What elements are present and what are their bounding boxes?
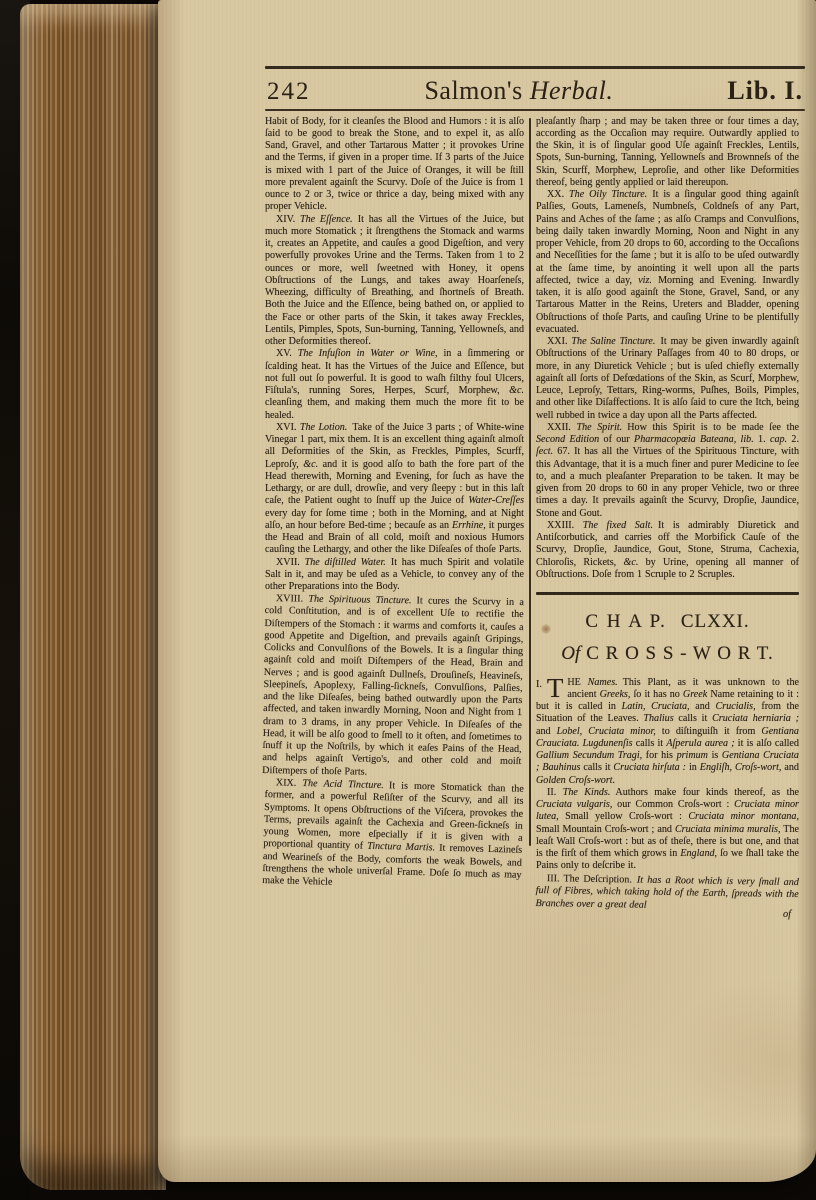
dropcap-box: I.T bbox=[536, 678, 563, 699]
paragraph-ii-kinds: II. The Kinds. Authors make four kinds t… bbox=[536, 787, 799, 873]
chapter-divider-rule bbox=[536, 592, 799, 595]
chapter-subheading: OfC R O S S - W O R T. bbox=[536, 643, 799, 665]
book-scan: 242 Salmon's Herbal. Lib. I. Habit of Bo… bbox=[0, 0, 816, 1200]
paragraph-xix-acid-tincture: XIX. The Acid Tincture. It is more Stoma… bbox=[262, 777, 524, 894]
paragraph-xiv-essence: XIV. The Eſſence. It has all the Virtues… bbox=[265, 214, 524, 349]
paragraph-sharp-continuation: pleaſantly ſharp ; and may be taken thre… bbox=[536, 116, 799, 190]
right-column: pleaſantly ſharp ; and may be taken thre… bbox=[536, 116, 799, 921]
page-number: 242 bbox=[267, 78, 311, 106]
paragraph-xxiii-fixed-salt: XXIII. The fixed Salt. It is admirably D… bbox=[536, 520, 799, 581]
page-content: 242 Salmon's Herbal. Lib. I. Habit of Bo… bbox=[265, 66, 805, 920]
page-fore-edge bbox=[20, 4, 166, 1190]
paragraph-xvii-distilled-water: XVII. The diſtilled Water. It has much S… bbox=[265, 557, 524, 594]
page-header: 242 Salmon's Herbal. Lib. I. bbox=[265, 69, 805, 109]
chapter-of: Of bbox=[561, 643, 580, 664]
paragraph-xvi-lotion: XVI. The Lotion. Take of the Juice 3 par… bbox=[265, 422, 524, 557]
left-column: Habit of Body, for it cleanſes the Blood… bbox=[265, 116, 524, 921]
paragraph-xx-oily-tincture: XX. The Oily Tincture. It is a ſingular … bbox=[536, 189, 799, 336]
chapter-number: CLXXI. bbox=[681, 611, 750, 632]
chapter-label: C H A P. bbox=[585, 611, 666, 632]
header-bottom-rule bbox=[265, 109, 805, 111]
book-page: 242 Salmon's Herbal. Lib. I. Habit of Bo… bbox=[158, 0, 816, 1182]
paragraph-xv-infusion: XV. The Infuſion in Water or Wine, in a … bbox=[265, 348, 524, 422]
running-title: Salmon's Herbal. bbox=[311, 76, 728, 106]
paragraph-xxii-spirit: XXII. The Spirit. How this Spirit is to … bbox=[536, 422, 799, 520]
chapter-heading: C H A P.CLXXI. bbox=[536, 611, 799, 633]
paragraph-juice-continuation: Habit of Body, for it cleanſes the Blood… bbox=[265, 116, 524, 214]
two-column-text: Habit of Body, for it cleanſes the Blood… bbox=[265, 116, 805, 921]
paragraph-xviii-spirituous-tincture: XVIII. The Spirituous Tincture. It cures… bbox=[262, 593, 524, 781]
column-divider-rule bbox=[529, 118, 531, 847]
paragraph-xxi-saline-tincture: XXI. The Saline Tincture. It may be give… bbox=[536, 336, 799, 422]
dropcap-letter: T bbox=[547, 678, 564, 699]
chapter-plant-name: C R O S S - W O R T. bbox=[586, 643, 774, 664]
paragraph-i-names: I.THE Names. This Plant, as it was unkno… bbox=[536, 677, 799, 787]
names-text: HE Names. This Plant, as it was unknown … bbox=[536, 677, 799, 786]
section-number-i: I. bbox=[536, 678, 542, 691]
book-volume-label: Lib. I. bbox=[727, 76, 803, 106]
paragraph-iii-description: III. The Deſcription. It has a Root whic… bbox=[535, 873, 799, 914]
